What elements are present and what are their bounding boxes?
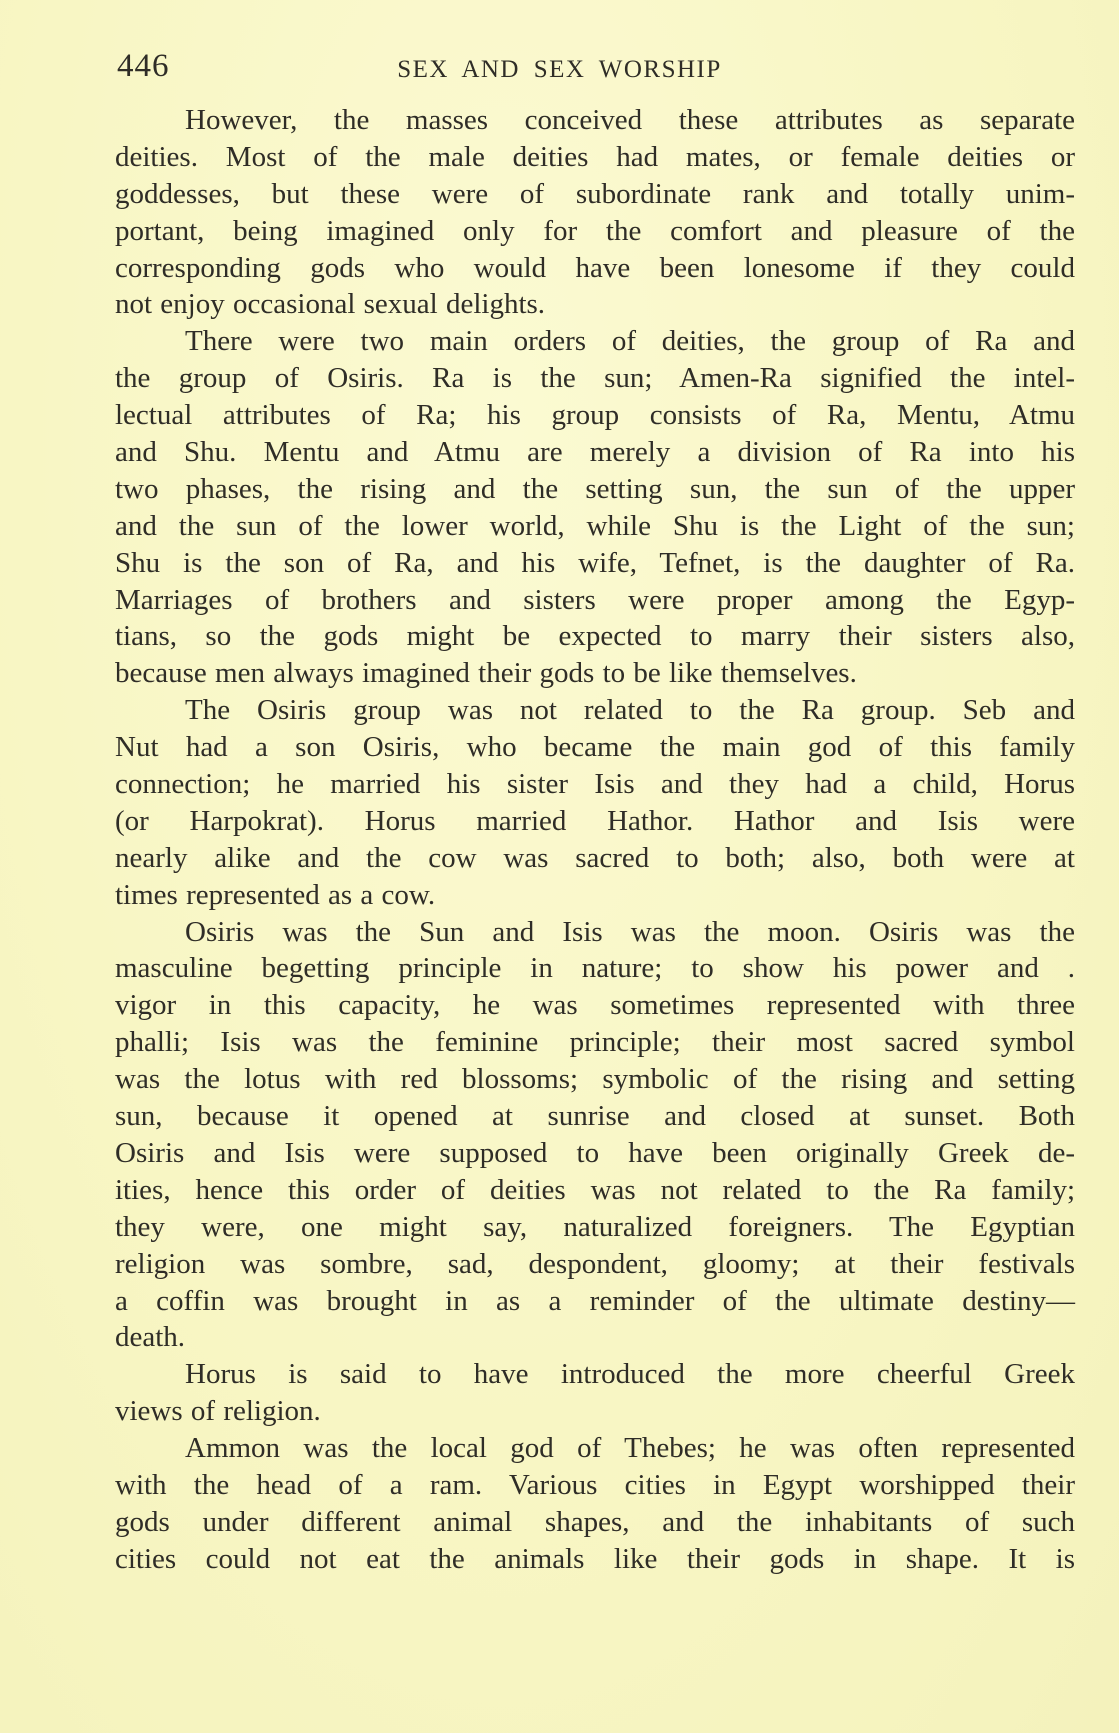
text-line: not enjoy occasional sexual delights. [115, 286, 1075, 323]
text-line: views of religion. [115, 1393, 1075, 1430]
page-header: 446 SEX AND SEX WORSHIP [0, 48, 1119, 92]
text-line: (or Harpokrat). Horus married Hathor. Ha… [115, 803, 1075, 840]
text-line: the group of Osiris. Ra is the sun; Amen… [115, 360, 1075, 397]
text-line: Nut had a son Osiris, who became the mai… [115, 729, 1075, 766]
text-line: death. [115, 1319, 1075, 1356]
text-line: phalli; Isis was the feminine principle;… [115, 1024, 1075, 1061]
text-line: Shu is the son of Ra, and his wife, Tefn… [115, 545, 1075, 582]
text-line: Osiris and Isis were supposed to have be… [115, 1135, 1075, 1172]
text-line: connection; he married his sister Isis a… [115, 766, 1075, 803]
text-line: and Shu. Mentu and Atmu are merely a div… [115, 434, 1075, 471]
text-line: times represented as a cow. [115, 877, 1075, 914]
text-line: portant, being imagined only for the com… [115, 213, 1075, 250]
text-line: Osiris was the Sun and Isis was the moon… [115, 914, 1075, 951]
text-line: cities could not eat the animals like th… [115, 1541, 1075, 1578]
text-line: corresponding gods who would have been l… [115, 250, 1075, 287]
text-line: they were, one might say, naturalized fo… [115, 1209, 1075, 1246]
page-body: However, the masses conceived these attr… [115, 102, 1075, 1578]
text-line: because men always imagined their gods t… [115, 655, 1075, 692]
text-line: religion was sombre, sad, despondent, gl… [115, 1246, 1075, 1283]
text-line: sun, because it opened at sunrise and cl… [115, 1098, 1075, 1135]
text-line: tians, so the gods might be expected to … [115, 618, 1075, 655]
running-title: SEX AND SEX WORSHIP [0, 55, 1119, 84]
text-line: was the lotus with red blossoms; symboli… [115, 1061, 1075, 1098]
text-line: and the sun of the lower world, while Sh… [115, 508, 1075, 545]
text-line: vigor in this capacity, he was sometimes… [115, 987, 1075, 1024]
text-line: two phases, the rising and the setting s… [115, 471, 1075, 508]
text-line: However, the masses conceived these attr… [115, 102, 1075, 139]
text-line: There were two main orders of deities, t… [115, 323, 1075, 360]
text-line: ities, hence this order of deities was n… [115, 1172, 1075, 1209]
text-line: goddesses, but these were of subordinate… [115, 176, 1075, 213]
text-line: a coffin was brought in as a reminder of… [115, 1283, 1075, 1320]
text-line: Horus is said to have introduced the mor… [115, 1356, 1075, 1393]
text-line: Ammon was the local god of Thebes; he wa… [115, 1430, 1075, 1467]
text-line: nearly alike and the cow was sacred to b… [115, 840, 1075, 877]
text-line: masculine begetting principle in nature;… [115, 950, 1075, 987]
text-line: lectual attributes of Ra; his group cons… [115, 397, 1075, 434]
text-line: gods under different animal shapes, and … [115, 1504, 1075, 1541]
text-line: deities. Most of the male deities had ma… [115, 139, 1075, 176]
text-line: Marriages of brothers and sisters were p… [115, 582, 1075, 619]
text-line: with the head of a ram. Various cities i… [115, 1467, 1075, 1504]
text-line: The Osiris group was not related to the … [115, 692, 1075, 729]
